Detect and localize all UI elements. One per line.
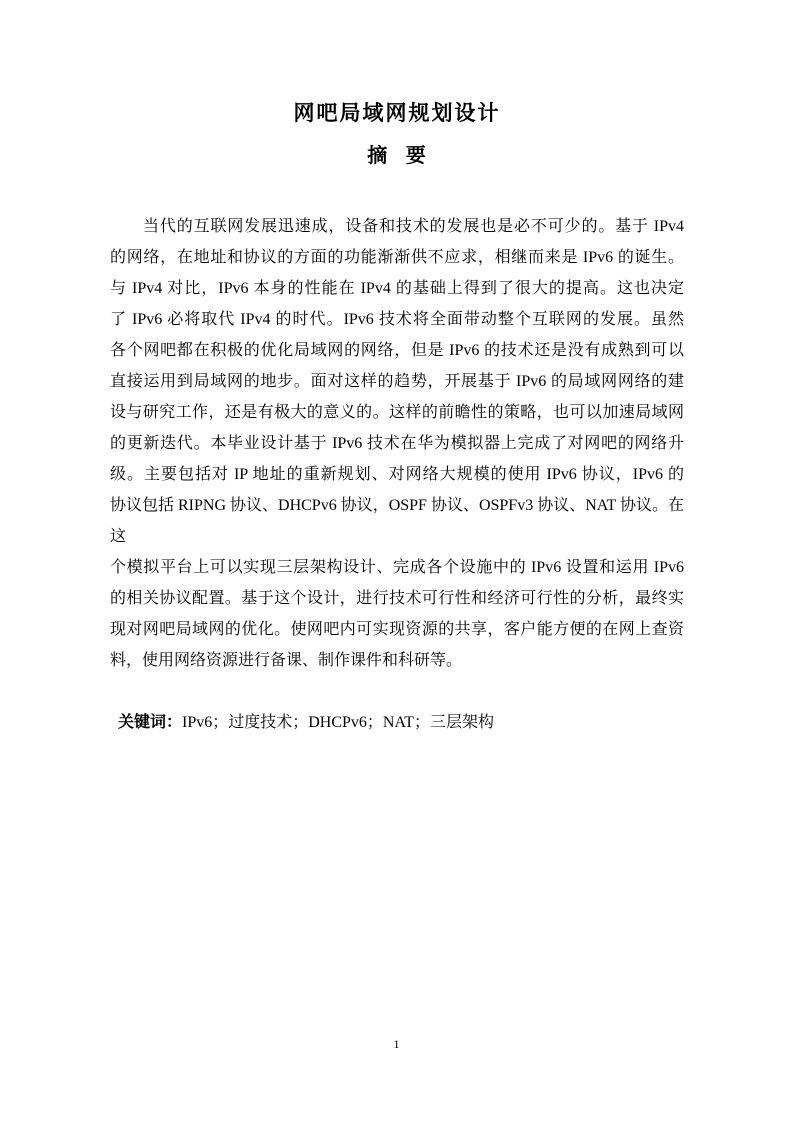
- page-number: 1: [0, 1037, 793, 1052]
- abstract-paragraph: 当代的互联网发展迅速成，设备和技术的发展也是必不可少的。基于 IPv4 的网络，…: [110, 211, 684, 676]
- abstract-line: 当代的互联网发展迅速成，设备和技术的发展也是必不可少的。基于 IPv4: [110, 211, 684, 242]
- abstract-line: 协议包括 RIPNG 协议、DHCPv6 协议，OSPF 协议、OSPFv3 协…: [110, 490, 684, 552]
- keywords-label: 关键词：: [118, 714, 182, 731]
- abstract-line: 了 IPv6 必将取代 IPv4 的时代。IPv6 技术将全面带动整个互联网的发…: [110, 304, 684, 335]
- page-content: 网吧局域网规划设计 摘 要 当代的互联网发展迅速成，设备和技术的发展也是必不可少…: [110, 0, 684, 738]
- keywords-line: 关键词：IPv6；过度技术；DHCPv6；NAT；三层架构: [110, 707, 684, 738]
- abstract-line: 与 IPv4 对比，IPv6 本身的性能在 IPv4 的基础上得到了很大的提高。…: [110, 273, 684, 304]
- abstract-heading: 摘 要: [110, 143, 684, 169]
- abstract-line: 级。主要包括对 IP 地址的重新规划、对网络大规模的使用 IPv6 协议，IPv…: [110, 459, 684, 490]
- abstract-line: 个模拟平台上可以实现三层架构设计、完成各个设施中的 IPv6 设置和运用 IPv…: [110, 552, 684, 583]
- abstract-line: 的相关协议配置。基于这个设计，进行技术可行性和经济可行性的分析，最终实: [110, 583, 684, 614]
- document-page: 网吧局域网规划设计 摘 要 当代的互联网发展迅速成，设备和技术的发展也是必不可少…: [0, 0, 793, 1122]
- abstract-line: 的网络，在地址和协议的方面的功能渐渐供不应求，相继而来是 IPv6 的诞生。: [110, 242, 684, 273]
- abstract-line: 直接运用到局域网的地步。面对这样的趋势，开展基于 IPv6 的局域网网络的建: [110, 366, 684, 397]
- abstract-line: 现对网吧局域网的优化。使网吧内可实现资源的共享，客户能方便的在网上查资: [110, 614, 684, 645]
- abstract-line: 各个网吧都在积极的优化局域网的网络，但是 IPv6 的技术还是没有成熟到可以: [110, 335, 684, 366]
- abstract-line: 的更新迭代。本毕业设计基于 IPv6 技术在华为模拟器上完成了对网吧的网络升: [110, 428, 684, 459]
- abstract-line: 料，使用网络资源进行备课、制作课件和科研等。: [110, 645, 684, 676]
- keywords-text: IPv6；过度技术；DHCPv6；NAT；三层架构: [182, 714, 494, 731]
- abstract-line: 设与研究工作，还是有极大的意义的。这样的前瞻性的策略，也可以加速局域网: [110, 397, 684, 428]
- document-title: 网吧局域网规划设计: [110, 101, 684, 127]
